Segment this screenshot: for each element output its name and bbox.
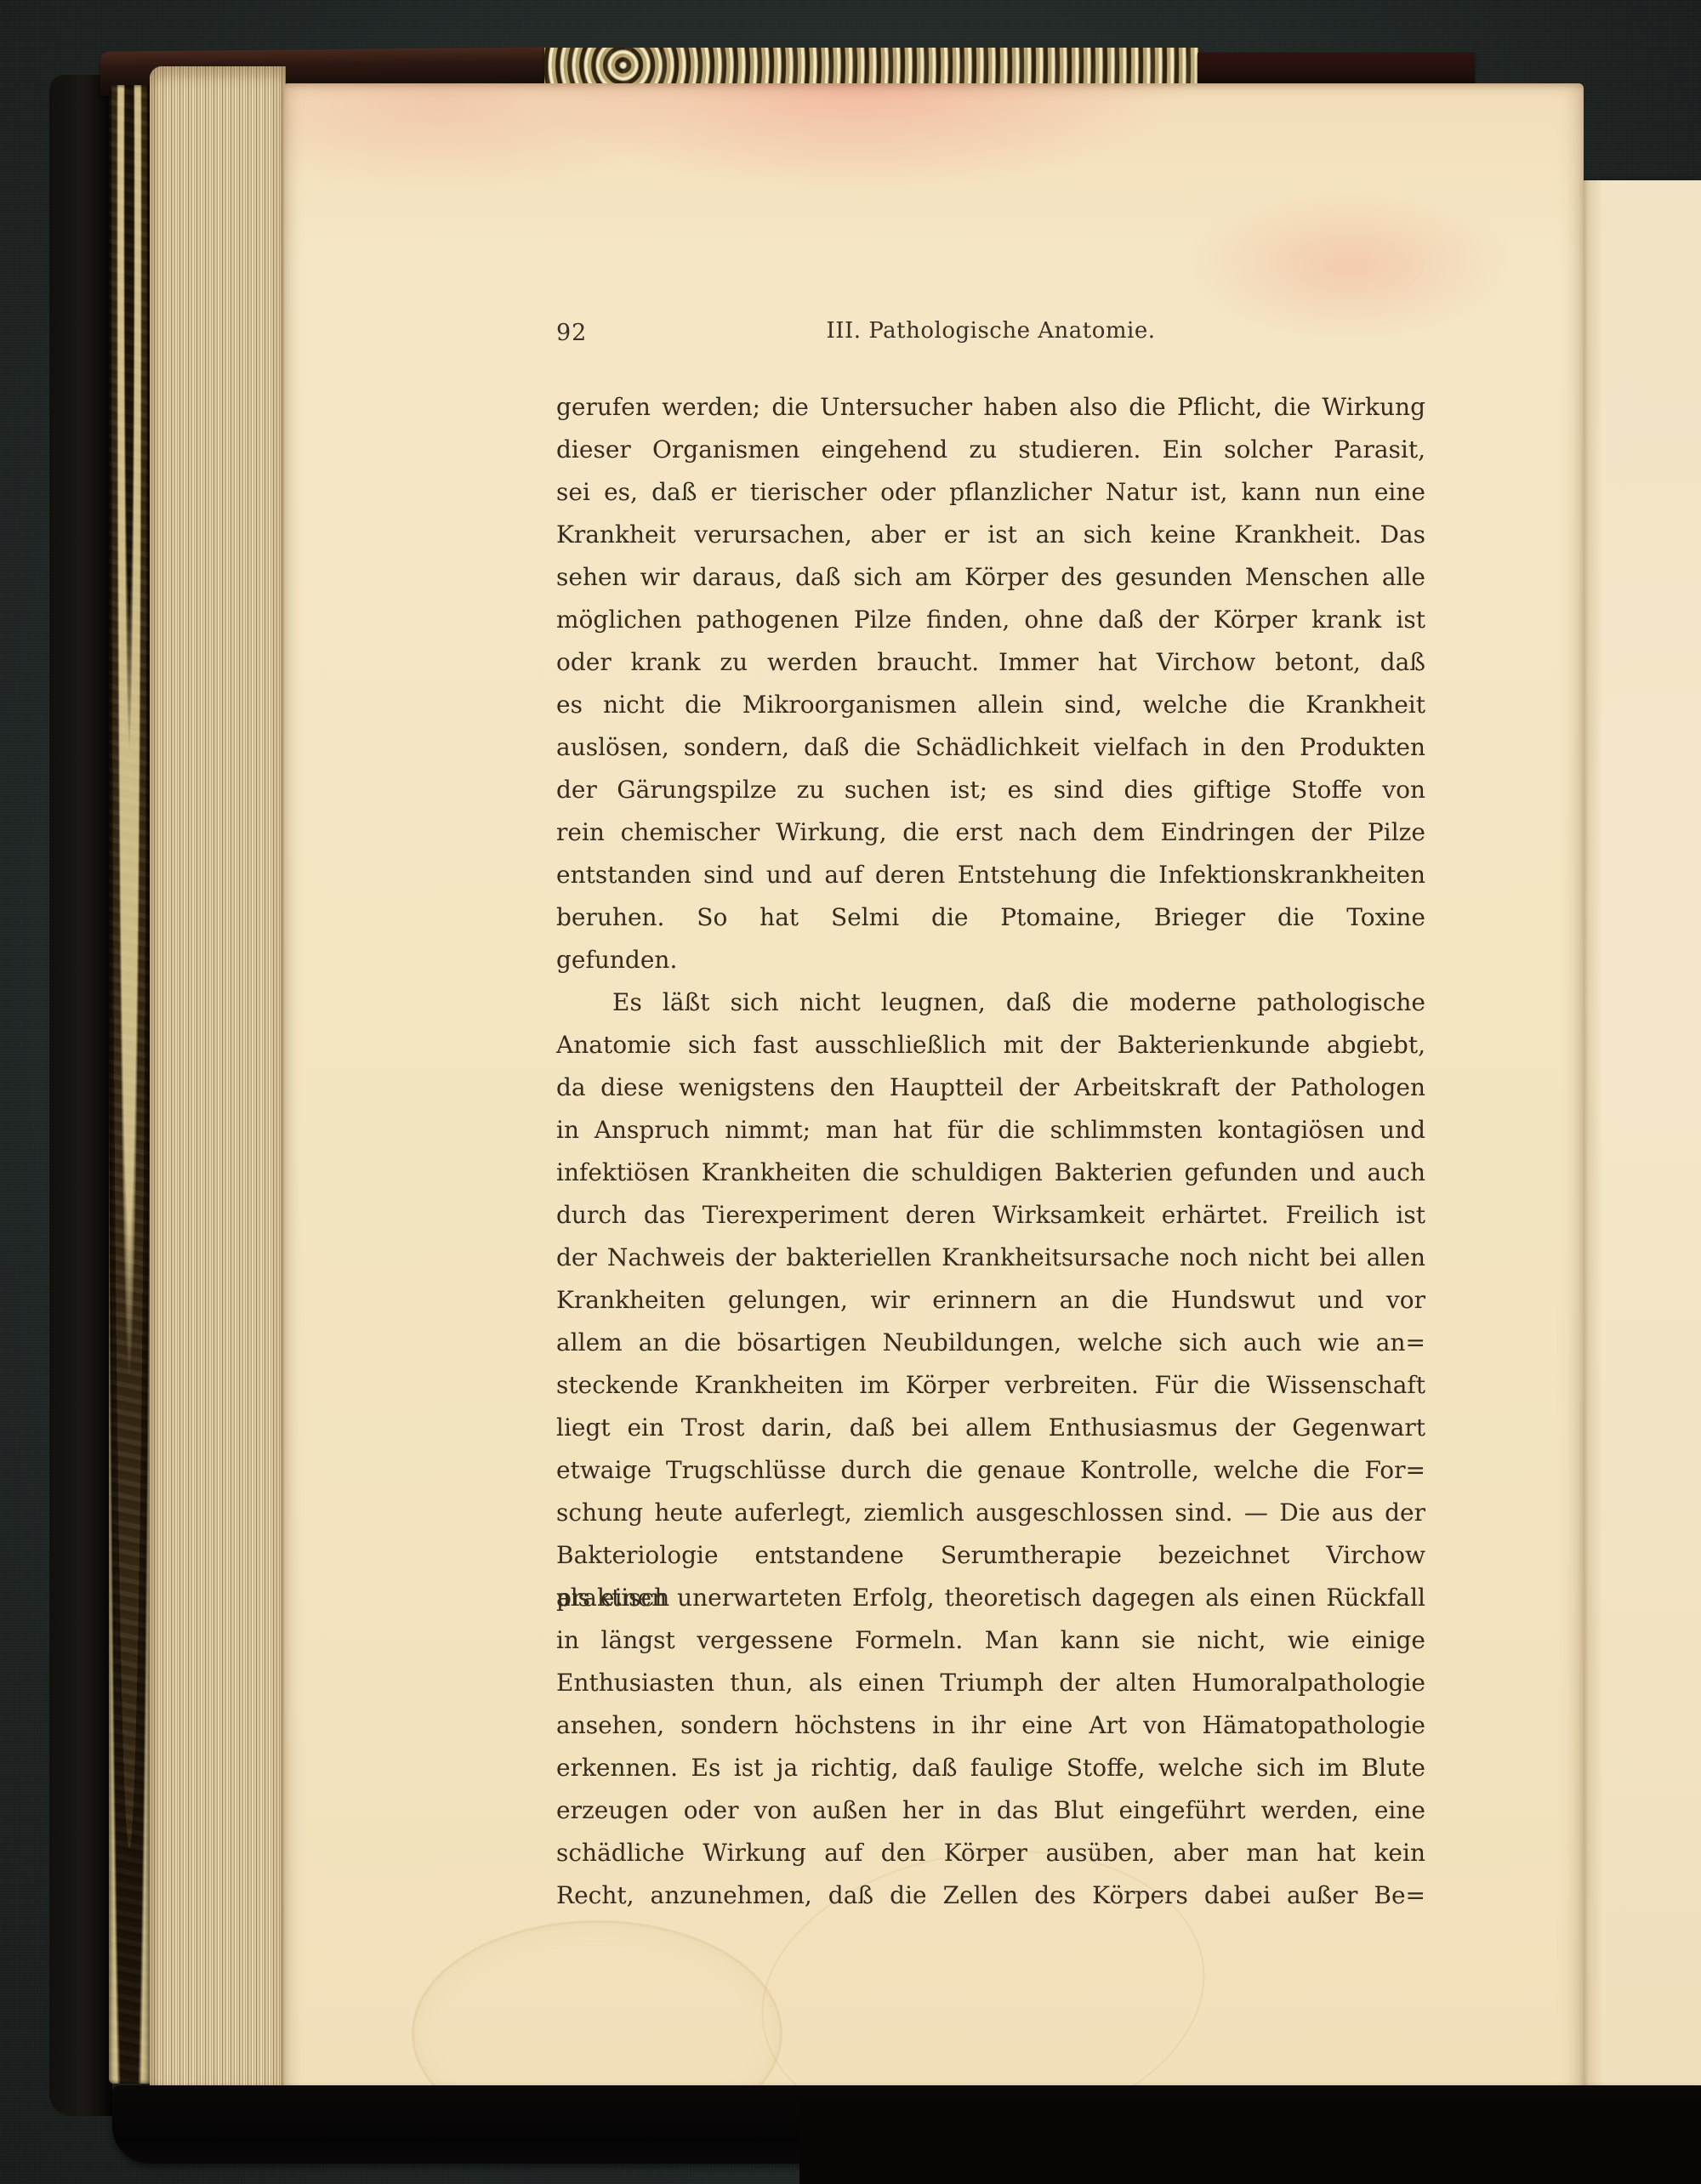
text-line: schädliche Wirkung auf den Körper ausübe… bbox=[556, 1832, 1425, 1874]
scanned-book-page: 92 III. Pathologische Anatomie. gerufen … bbox=[0, 0, 1701, 2184]
text-line: Es läßt sich nicht leugnen, daß die mode… bbox=[556, 981, 1425, 1024]
text-line: ansehen, sondern höchstens in ihr eine A… bbox=[556, 1704, 1425, 1747]
text-line: steckende Krankheiten im Körper verbreit… bbox=[556, 1364, 1425, 1407]
text-line: sehen wir daraus, daß sich am Körper des… bbox=[556, 556, 1425, 599]
book-cover-left-board bbox=[49, 75, 112, 2116]
text-line: durch das Tierexperiment deren Wirksamke… bbox=[556, 1194, 1425, 1237]
text-line: entstanden sind und auf deren Entstehung… bbox=[556, 854, 1425, 896]
text-line: schung heute auferlegt, ziemlich ausgesc… bbox=[556, 1492, 1425, 1534]
text-line: beruhen. So hat Selmi die Ptomaine, Brie… bbox=[556, 896, 1425, 939]
text-line: erzeugen oder von außen her in das Blut … bbox=[556, 1789, 1425, 1832]
paragraph: Es läßt sich nicht leugnen, daß die mode… bbox=[556, 981, 1425, 1917]
text-line: Anatomie sich fast ausschließlich mit de… bbox=[556, 1024, 1425, 1066]
text-line: oder krank zu werden braucht. Immer hat … bbox=[556, 641, 1425, 684]
text-line: Recht, anzunehmen, daß die Zellen des Kö… bbox=[556, 1874, 1425, 1917]
text-line: in Anspruch nimmt; man hat für die schli… bbox=[556, 1109, 1425, 1152]
text-line: allem an die bösartigen Neubildungen, we… bbox=[556, 1322, 1425, 1364]
text-line: rein chemischer Wirkung, die erst nach d… bbox=[556, 811, 1425, 854]
text-line: Bakteriologie entstandene Serumtherapie … bbox=[556, 1534, 1425, 1577]
facing-page-gutter bbox=[1580, 180, 1701, 2136]
text-line: als einen unerwarteten Erfolg, theoretis… bbox=[556, 1577, 1425, 1619]
text-line: liegt ein Trost darin, daß bei allem Ent… bbox=[556, 1407, 1425, 1449]
text-line: gerufen werden; die Untersucher haben al… bbox=[556, 386, 1425, 429]
book-cover-bottom-right bbox=[799, 2101, 1701, 2184]
text-line: in längst vergessene Formeln. Man kann s… bbox=[556, 1619, 1425, 1662]
text-line: der Gärungspilze zu suchen ist; es sind … bbox=[556, 769, 1425, 811]
text-line: es nicht die Mikroorganismen allein sind… bbox=[556, 684, 1425, 726]
page-edges-stack bbox=[150, 66, 286, 2109]
text-line: Krankheit verursachen, aber er ist an si… bbox=[556, 514, 1425, 556]
text-line: möglichen pathogenen Pilze finden, ohne … bbox=[556, 599, 1425, 641]
page-header: 92 III. Pathologische Anatomie. bbox=[556, 315, 1425, 352]
text-line: infektiösen Krankheiten die schuldigen B… bbox=[556, 1152, 1425, 1194]
text-line: da diese wenigstens den Hauptteil der Ar… bbox=[556, 1066, 1425, 1109]
running-title: III. Pathologische Anatomie. bbox=[556, 318, 1425, 344]
marbled-spine-strip bbox=[109, 85, 150, 2084]
text-line: erkennen. Es ist ja richtig, daß faulige… bbox=[556, 1747, 1425, 1789]
text-line: sei es, daß er tierischer oder pflanzlic… bbox=[556, 471, 1425, 514]
text-line: dieser Organismen eingehend zu studieren… bbox=[556, 429, 1425, 471]
paragraph: gerufen werden; die Untersucher haben al… bbox=[556, 386, 1425, 981]
page-surface: 92 III. Pathologische Anatomie. gerufen … bbox=[284, 83, 1584, 2111]
text-line: Enthusiasten thun, als einen Triumph der… bbox=[556, 1662, 1425, 1704]
text-line: gefunden. bbox=[556, 939, 1425, 981]
text-block: gerufen werden; die Untersucher haben al… bbox=[556, 386, 1425, 1917]
text-line: auslösen, sondern, daß die Schädlichkeit… bbox=[556, 726, 1425, 769]
text-line: Krankheiten gelungen, wir erinnern an di… bbox=[556, 1279, 1425, 1322]
text-line: etwaige Trugschlüsse durch die genaue Ko… bbox=[556, 1449, 1425, 1492]
text-line: der Nachweis der bakteriellen Krankheits… bbox=[556, 1237, 1425, 1279]
